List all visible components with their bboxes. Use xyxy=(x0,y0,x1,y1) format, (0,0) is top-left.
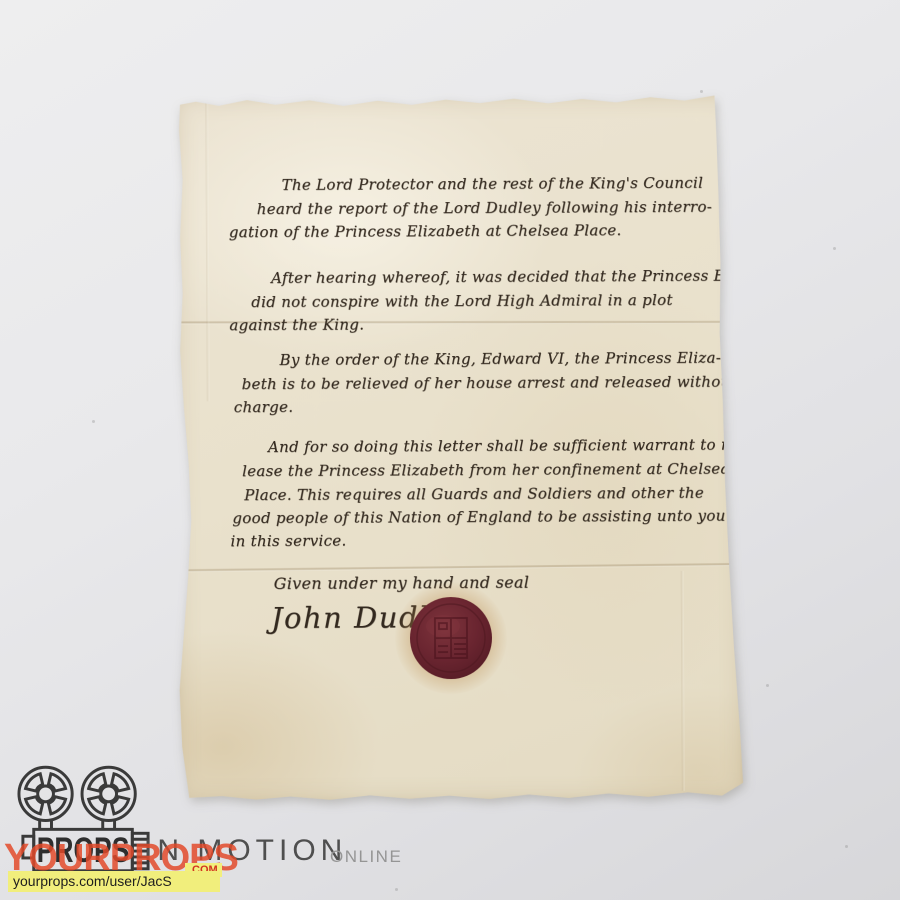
letter-closing: Given under my hand and seal xyxy=(274,573,530,593)
fold-crease-left xyxy=(205,101,210,401)
letter-line: did not conspire with the Lord High Admi… xyxy=(251,291,673,311)
dust-speck xyxy=(833,247,836,250)
dust-speck xyxy=(92,420,95,423)
letter-line: After hearing whereof, it was decided th… xyxy=(271,266,788,287)
letter-line: heard the report of the Lord Dudley foll… xyxy=(257,198,713,218)
letter-line: charge. xyxy=(234,398,294,416)
letter-line: And for so doing this letter shall be su… xyxy=(268,436,743,456)
fold-crease-lower xyxy=(176,563,744,572)
dust-speck xyxy=(845,845,848,848)
letter-line: The Lord Protector and the rest of the K… xyxy=(282,174,704,194)
dust-speck xyxy=(395,888,398,891)
letter-line: Place. This requires all Guards and Sold… xyxy=(244,484,704,504)
parchment-sheet: The Lord Protector and the rest of the K… xyxy=(173,93,745,804)
prop-letter-document: The Lord Protector and the rest of the K… xyxy=(173,93,745,804)
letter-line: good people of this Nation of England to… xyxy=(232,507,725,528)
letter-line: in this service. xyxy=(230,532,346,551)
user-profile-url: yourprops.com/user/JacS xyxy=(8,871,220,892)
letter-line: lease the Princess Elizabeth from her co… xyxy=(242,460,730,481)
letter-line: gation of the Princess Elizabeth at Chel… xyxy=(229,221,622,241)
letter-line: By the order of the King, Edward VI, the… xyxy=(279,349,721,369)
online-watermark: ONLINE xyxy=(330,847,402,867)
letter-line: beth is to be relieved of her house arre… xyxy=(242,373,737,394)
film-reel-icon xyxy=(82,767,135,820)
wax-seal xyxy=(409,596,493,680)
photo-background: The Lord Protector and the rest of the K… xyxy=(0,0,900,900)
fold-crease-right xyxy=(681,571,685,791)
film-reel-icon xyxy=(19,767,72,820)
letter-line: against the King. xyxy=(229,315,364,334)
dust-speck xyxy=(766,684,769,687)
